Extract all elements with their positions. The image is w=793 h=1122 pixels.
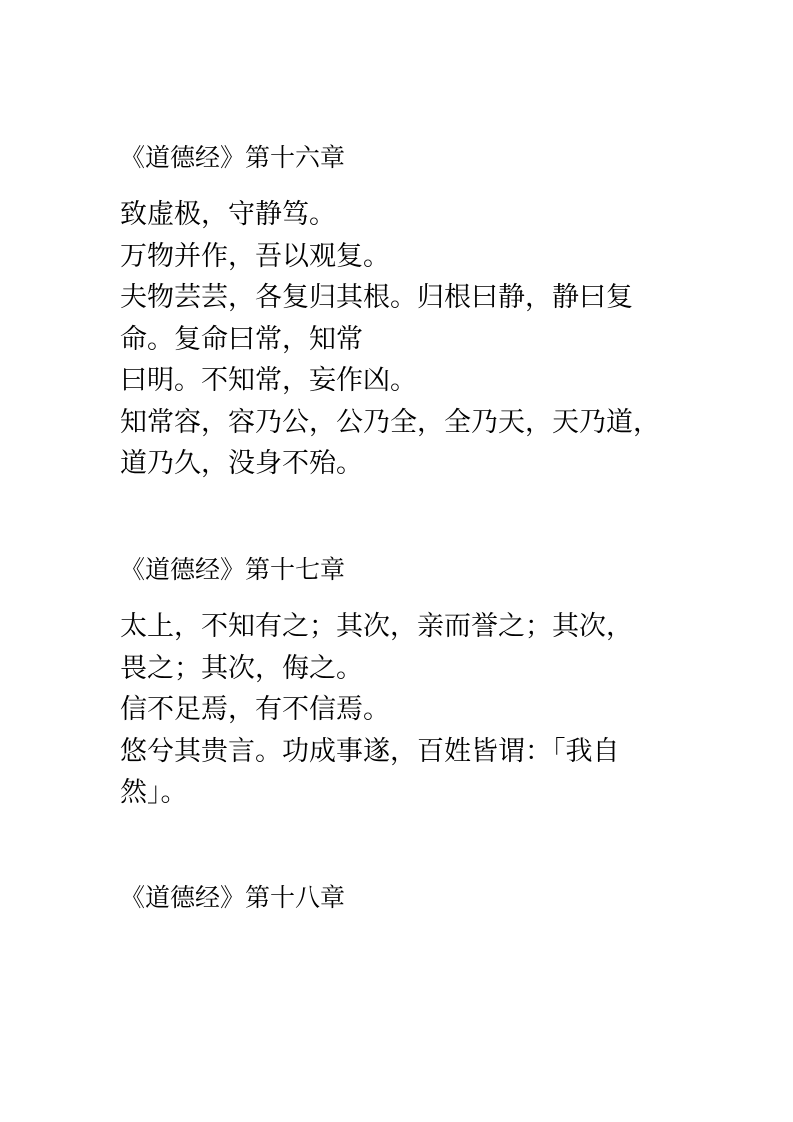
text-line: 万物并作，吾以观复。: [120, 236, 700, 278]
chapter-heading: 《道德经》第十七章: [120, 554, 700, 586]
chapter-body: 太上，不知有之；其次，亲而誉之；其次， 畏之；其次，侮之。 信不足焉，有不信焉。…: [120, 606, 700, 814]
text-line: 畏之；其次，侮之。: [120, 648, 700, 690]
chapter-body: 致虚极，守静笃。 万物并作，吾以观复。 夫物芸芸，各复归其根。归根曰静，静曰复 …: [120, 194, 700, 485]
chapter-17-section: 《道德经》第十七章 太上，不知有之；其次，亲而誉之；其次， 畏之；其次，侮之。 …: [120, 554, 700, 814]
text-line: 信不足焉，有不信焉。: [120, 689, 700, 731]
chapter-16-section: 《道德经》第十六章 致虚极，守静笃。 万物并作，吾以观复。 夫物芸芸，各复归其根…: [120, 142, 700, 485]
text-line: 致虚极，守静笃。: [120, 194, 700, 236]
chapter-18-section: 《道德经》第十八章: [120, 882, 700, 914]
text-line: 夫物芸芸，各复归其根。归根曰静，静曰复: [120, 277, 700, 319]
text-line: 知常容，容乃公，公乃全，全乃天，天乃道，: [120, 402, 700, 444]
text-line: 道乃久，没身不殆。: [120, 443, 700, 485]
chapter-heading: 《道德经》第十八章: [120, 882, 700, 914]
text-line: 悠兮其贵言。功成事遂，百姓皆谓：「我自: [120, 731, 700, 773]
text-line: 曰明。不知常，妄作凶。: [120, 360, 700, 402]
text-line: 命。复命曰常，知常: [120, 319, 700, 361]
text-line: 太上，不知有之；其次，亲而誉之；其次，: [120, 606, 700, 648]
text-line: 然」。: [120, 772, 700, 814]
chapter-heading: 《道德经》第十六章: [120, 142, 700, 174]
